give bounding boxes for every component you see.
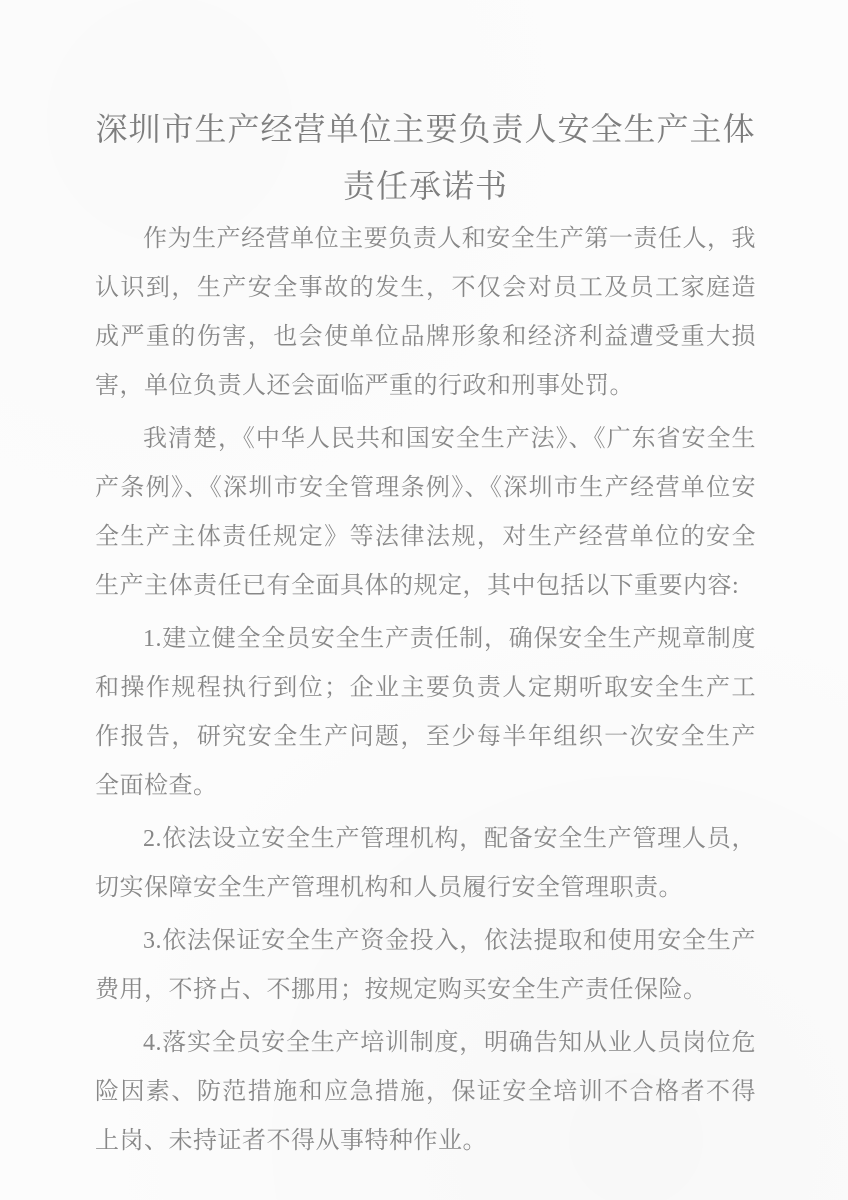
document-content: 深圳市生产经营单位主要负责人安全生产主体 责任承诺书 作为生产经营单位主要负责人… bbox=[0, 101, 848, 1166]
paragraph-item-1-responsibility-system: 1.建立健全全员安全生产责任制，确保安全生产规章制度和操作规程执行到位；企业主要… bbox=[95, 615, 756, 811]
paragraph-legal-basis: 我清楚，《中华人民共和国安全生产法》、《广东省安全生产条例》、《深圳市安全管理条… bbox=[95, 415, 756, 611]
paragraph-item-2-management-organization: 2.依法设立安全生产管理机构，配备安全生产管理人员，切实保障安全生产管理机构和人… bbox=[95, 815, 756, 913]
document-title: 深圳市生产经营单位主要负责人安全生产主体 责任承诺书 bbox=[95, 101, 756, 215]
document-title-line-1: 深圳市生产经营单位主要负责人安全生产主体 bbox=[95, 101, 756, 158]
scanned-document-page: 深圳市生产经营单位主要负责人安全生产主体 责任承诺书 作为生产经营单位主要负责人… bbox=[0, 0, 848, 1200]
paragraph-intro-responsibility: 作为生产经营单位主要负责人和安全生产第一责任人，我认识到，生产安全事故的发生，不… bbox=[95, 215, 756, 411]
paragraph-item-4-training-system: 4.落实全员安全生产培训制度，明确告知从业人员岗位危险因素、防范措施和应急措施，… bbox=[95, 1019, 756, 1166]
paragraph-item-3-funding-insurance: 3.依法保证安全生产资金投入，依法提取和使用安全生产费用，不挤占、不挪用；按规定… bbox=[95, 917, 756, 1015]
document-title-line-2: 责任承诺书 bbox=[95, 158, 756, 215]
